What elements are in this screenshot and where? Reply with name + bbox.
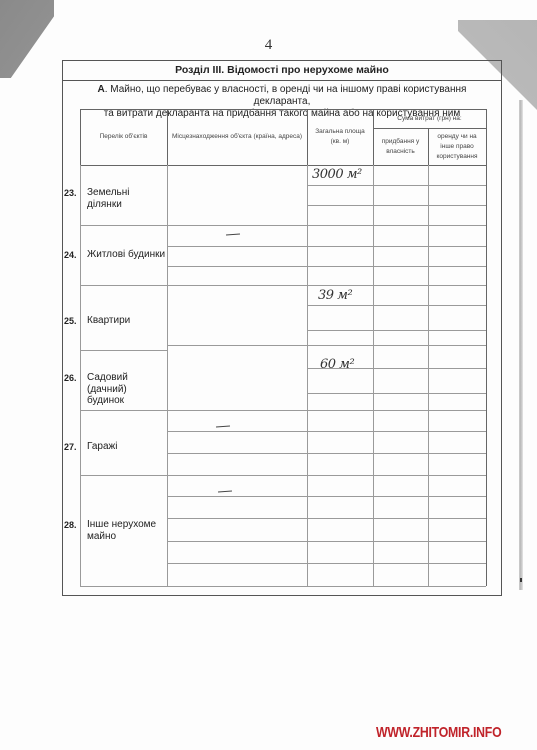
header-expenses: Сума витрат (грн) на: bbox=[373, 109, 486, 128]
row-label: Житлові будинки bbox=[87, 249, 167, 261]
row-label: Садовий (дачний) будинок bbox=[87, 372, 165, 407]
sub-line bbox=[307, 185, 486, 186]
header-area: Загальна площа (кв. м) bbox=[310, 109, 370, 165]
col-border bbox=[307, 165, 308, 586]
sub-line bbox=[167, 431, 486, 432]
row-border bbox=[80, 350, 167, 351]
col-border bbox=[486, 109, 487, 586]
col-border bbox=[428, 128, 429, 165]
col-border bbox=[373, 165, 374, 586]
sub-line bbox=[167, 496, 486, 497]
row-border bbox=[80, 225, 486, 226]
dash-mark bbox=[218, 491, 232, 493]
sub-line bbox=[307, 305, 486, 306]
watermark: WWW.ZHITOMIR.INFO bbox=[376, 724, 501, 741]
row-label: Гаражі bbox=[87, 441, 167, 453]
sub-line bbox=[307, 330, 486, 331]
table-bottom-border bbox=[80, 586, 486, 587]
row-border bbox=[80, 410, 486, 411]
property-table: Перелік об'єктів Місцезнаходження об'єкт… bbox=[0, 0, 537, 750]
sub-line bbox=[307, 205, 486, 206]
row-border bbox=[80, 285, 486, 286]
row-number: 24. bbox=[64, 250, 80, 260]
header-rent: оренду чи на інше право користування bbox=[430, 128, 484, 165]
header-purchase: придбання у власність bbox=[375, 128, 426, 165]
row-number: 26. bbox=[64, 373, 80, 383]
col-border bbox=[167, 165, 168, 586]
handwritten-area-garden-house: 60 м² bbox=[320, 357, 354, 372]
row-number: 28. bbox=[64, 520, 80, 530]
col-border bbox=[428, 165, 429, 586]
header-bottom-border bbox=[80, 165, 486, 166]
row-number: 25. bbox=[64, 316, 80, 326]
handwritten-area-apartment: 39 м² bbox=[318, 288, 352, 303]
row-label: Квартири bbox=[87, 315, 167, 327]
header-objects: Перелік об'єктів bbox=[80, 109, 167, 165]
col-border bbox=[80, 165, 81, 586]
sub-line bbox=[167, 541, 486, 542]
row-border bbox=[167, 345, 486, 346]
row-label: Інше нерухоме майно bbox=[87, 519, 157, 542]
dash-mark bbox=[226, 234, 240, 236]
sub-line bbox=[167, 518, 486, 519]
sub-line bbox=[307, 393, 486, 394]
header-location: Місцезнаходження об'єкта (країна, адреса… bbox=[167, 109, 307, 165]
sub-line bbox=[167, 266, 486, 267]
col-border bbox=[307, 109, 308, 165]
row-label: Земельні ділянки bbox=[87, 187, 167, 210]
dash-mark bbox=[216, 426, 230, 428]
row-border bbox=[80, 475, 486, 476]
row-number: 23. bbox=[64, 188, 80, 198]
row-number: 27. bbox=[64, 442, 80, 452]
sub-line bbox=[167, 563, 486, 564]
sub-line bbox=[167, 246, 486, 247]
handwritten-area-land: 3000 м² bbox=[312, 167, 362, 182]
sub-line bbox=[167, 453, 486, 454]
